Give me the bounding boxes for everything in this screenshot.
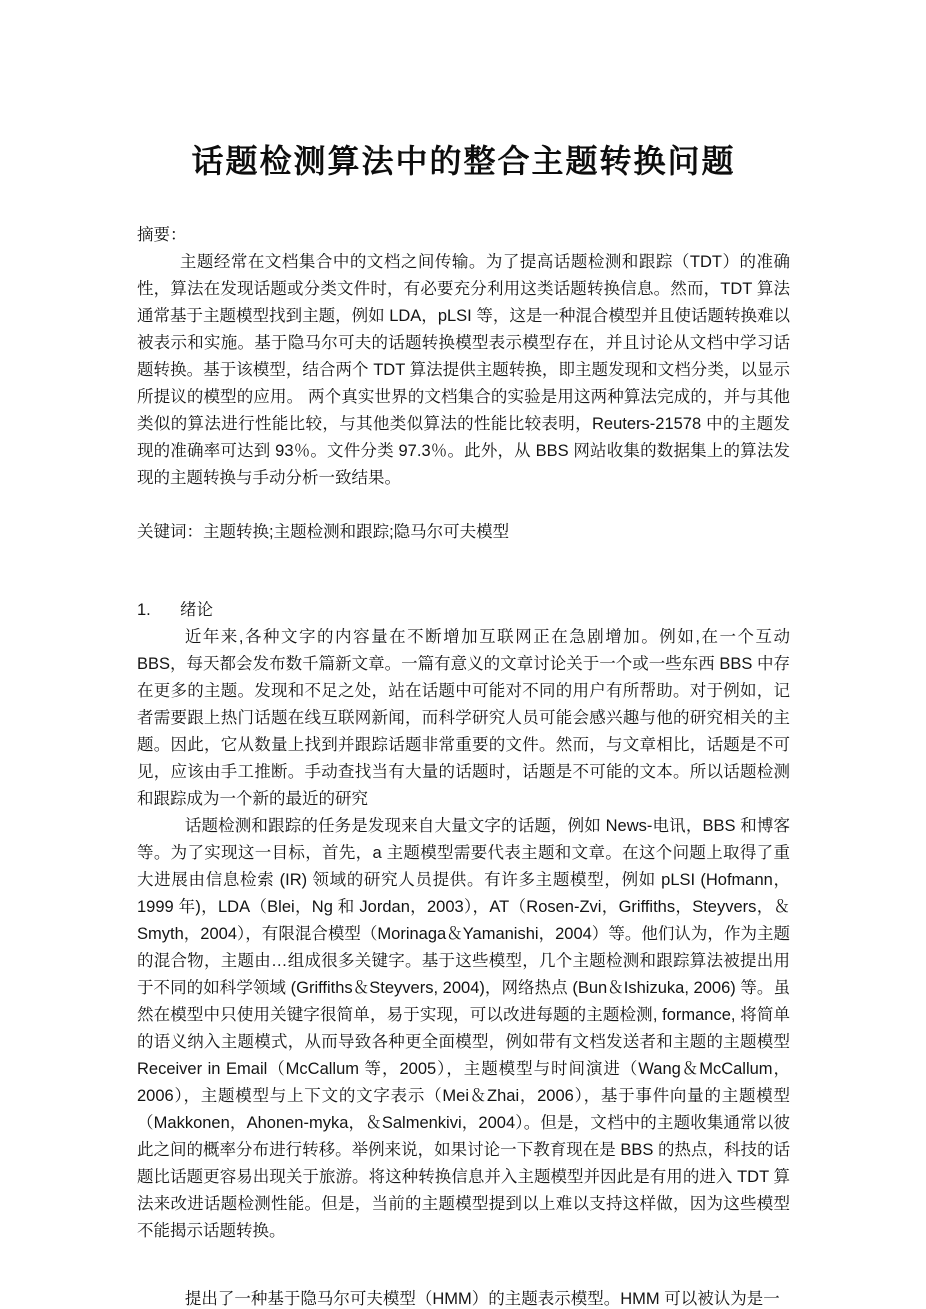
- intro-paragraph-2: 话题检测和跟踪的任务是发现来自大量文字的话题，例如 News-电讯，BBS 和博…: [137, 813, 790, 1245]
- section-heading-introduction: 1. 绪论: [137, 597, 790, 624]
- section-title: 绪论: [180, 597, 213, 624]
- intro-paragraph-3: 提出了一种基于隐马尔可夫模型（HMM）的主题表示模型。HMM 可以被认为是一: [137, 1286, 790, 1309]
- abstract-body: 主题经常在文档集合中的文档之间传输。为了提高话题检测和跟踪（TDT）的准确性，算…: [137, 249, 790, 492]
- section-number: 1.: [137, 597, 180, 624]
- keywords-label: 关键词：: [137, 523, 203, 541]
- intro-paragraph-1: 近年来,各种文字的内容量在不断增加互联网正在急剧增加。例如,在一个互动 BBS，…: [137, 624, 790, 813]
- page-title: 话题检测算法中的整合主题转换问题: [137, 142, 790, 180]
- abstract-label: 摘要：: [137, 222, 790, 249]
- document-page: 话题检测算法中的整合主题转换问题 摘要： 主题经常在文档集合中的文档之间传输。为…: [0, 0, 926, 1309]
- keywords-text: 主题转换;主题检测和跟踪;隐马尔可夫模型: [203, 523, 509, 541]
- keywords-line: 关键词：主题转换;主题检测和跟踪;隐马尔可夫模型: [137, 519, 790, 546]
